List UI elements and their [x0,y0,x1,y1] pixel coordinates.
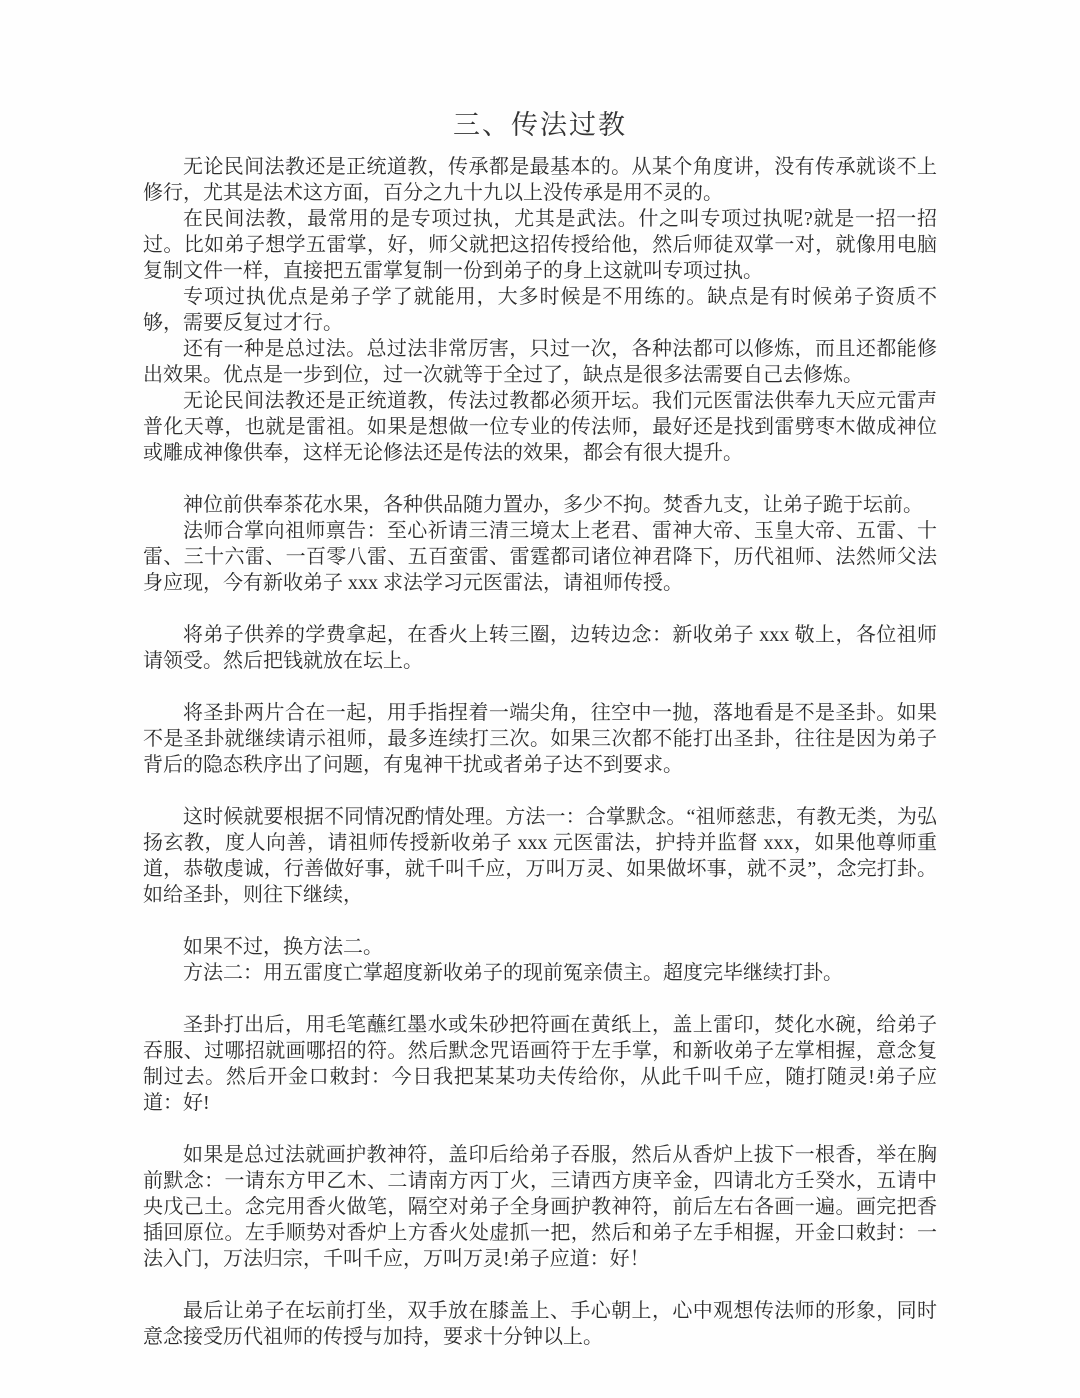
page: 三、传法过教 无论民间法教还是正统道教，传承都是最基本的。从某个角度讲，没有传承… [0,0,1080,1398]
paragraph: 将弟子供养的学费拿起，在香火上转三圈，边转边念：新收弟子 xxx 敬上，各位祖师… [143,622,937,674]
paragraph: 专项过执优点是弟子学了就能用，大多时候是不用练的。缺点是有时候弟子资质不够，需要… [143,284,937,336]
paragraph: 如果不过，换方法二。 [143,934,937,960]
paragraph: 法师合掌向祖师禀告：至心祈请三清三境太上老君、雷神大帝、玉皇大帝、五雷、十雷、三… [143,518,937,596]
paragraph: 神位前供奉茶花水果，各种供品随力置办，多少不拘。焚香九支，让弟子跪于坛前。 [143,492,937,518]
paragraph: 最后让弟子在坛前打坐，双手放在膝盖上、手心朝上，心中观想传法师的形象，同时意念接… [143,1298,937,1350]
paragraph: 将圣卦两片合在一起，用手指捏着一端尖角，往空中一抛，落地看是不是圣卦。如果不是圣… [143,700,937,778]
paragraph: 还有一种是总过法。总过法非常厉害，只过一次，各种法都可以修炼，而且还都能修出效果… [143,336,937,388]
paragraph: 如果是总过法就画护教神符，盖印后给弟子吞服，然后从香炉上拔下一根香，举在胸前默念… [143,1142,937,1272]
paragraph: 这时候就要根据不同情况酌情处理。方法一：合掌默念。“祖师慈悲，有教无类，为弘扬玄… [143,804,937,908]
paragraph: 无论民间法教还是正统道教，传承都是最基本的。从某个角度讲，没有传承就谈不上修行，… [143,154,937,206]
document-title: 三、传法过教 [143,108,937,142]
paragraph: 方法二：用五雷度亡掌超度新收弟子的现前冤亲债主。超度完毕继续打卦。 [143,960,937,986]
paragraph: 无论民间法教还是正统道教，传法过教都必须开坛。我们元医雷法供奉九天应元雷声普化天… [143,388,937,466]
paragraph: 圣卦打出后，用毛笔蘸红墨水或朱砂把符画在黄纸上，盖上雷印，焚化水碗，给弟子吞服、… [143,1012,937,1116]
paragraph: 在民间法教，最常用的是专项过执，尤其是武法。什之叫专项过执呢?就是一招一招过。比… [143,206,937,284]
